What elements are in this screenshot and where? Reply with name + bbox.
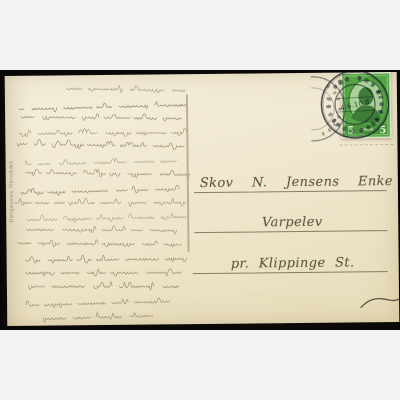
publisher-imprint: Helgesens Hornbæk	[9, 160, 16, 222]
address-line-recipient: Skov N. Jensens Enke	[192, 164, 392, 193]
postcard-photo: Helgesens Hornbæk Skov N. Jensens Enke V…	[0, 70, 400, 330]
postcard-back: Helgesens Hornbæk Skov N. Jensens Enke V…	[5, 72, 400, 326]
postage-stamp: 5 5	[341, 72, 392, 139]
village-name: Varpelev	[192, 214, 392, 231]
handwritten-message	[7, 76, 196, 324]
stamp-denomination-left: 5	[347, 125, 354, 136]
address-line-post-office: pr. Klippinge St.	[193, 245, 393, 274]
stamp-shadow	[339, 144, 393, 146]
page-background: Helgesens Hornbæk Skov N. Jensens Enke V…	[0, 0, 400, 400]
post-office-name: pr. Klippinge St.	[193, 255, 393, 272]
recipient-name: Skov N. Jensens Enke	[200, 174, 393, 191]
pen-flourish	[359, 294, 399, 310]
address-line-village: Varpelev	[192, 204, 392, 233]
stamp-denomination-right: 5	[379, 125, 386, 136]
